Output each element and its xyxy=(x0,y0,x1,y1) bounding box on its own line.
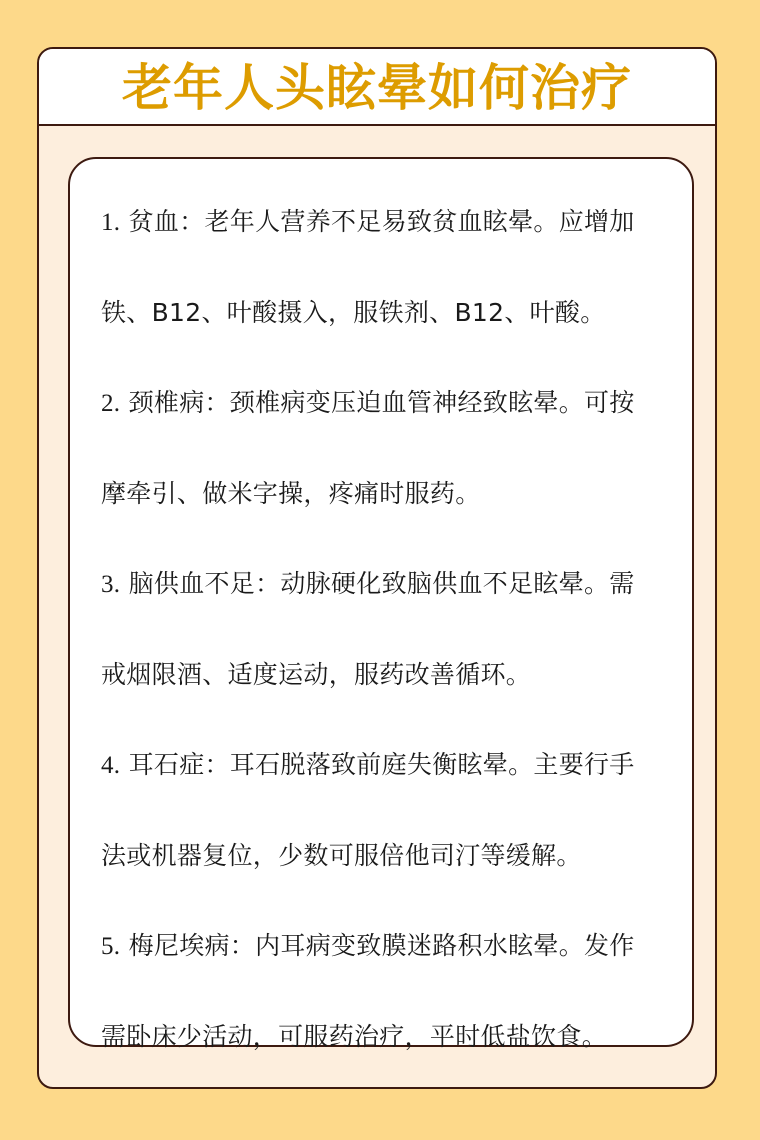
list-item-cerebral-ischemia: 3. 脑供血不足：动脉硬化致脑供血不足眩晕。需 戒烟限酒、适度运动，服药改善循环… xyxy=(101,539,668,720)
list-item-menieres-disease: 5. 梅尼埃病：内耳病变致膜迷路积水眩晕。发作 需卧床少活动，可服药治疗，平时低… xyxy=(101,901,668,1082)
item-line-1: 4. 耳石症：耳石脱落致前庭失衡眩晕。主要行手 xyxy=(101,720,668,811)
item-line-2: 摩牵引、做米字操，疼痛时服药。 xyxy=(101,449,668,539)
item-line-2: 戒烟限酒、适度运动，服药改善循环。 xyxy=(101,630,668,720)
list-item-cervical-spondylosis: 2. 颈椎病：颈椎病变压迫血管神经致眩晕。可按 摩牵引、做米字操，疼痛时服药。 xyxy=(101,358,668,539)
item-line-2: 铁、B12、叶酸摄入，服铁剂、B12、叶酸。 xyxy=(101,268,668,358)
item-number: 1. xyxy=(101,209,120,236)
item-number: 5. xyxy=(101,933,120,960)
item-text: 梅尼埃病：内耳病变致膜迷路积水眩晕。发作 xyxy=(129,931,635,960)
item-number: 4. xyxy=(101,752,120,779)
item-line-2: 需卧床少活动，可服药治疗，平时低盐饮食。 xyxy=(101,992,668,1082)
page-title: 老年人头眩晕如何治疗 xyxy=(122,63,632,113)
item-text: 贫血：老年人营养不足易致贫血眩晕。应增加 xyxy=(129,207,635,236)
item-text: 耳石症：耳石脱落致前庭失衡眩晕。主要行手 xyxy=(129,750,635,779)
item-line-1: 3. 脑供血不足：动脉硬化致脑供血不足眩晕。需 xyxy=(101,539,668,630)
item-number: 2. xyxy=(101,390,120,417)
item-text: 颈椎病：颈椎病变压迫血管神经致眩晕。可按 xyxy=(129,388,635,417)
title-header: 老年人头眩晕如何治疗 xyxy=(39,49,715,126)
item-line-1: 5. 梅尼埃病：内耳病变致膜迷路积水眩晕。发作 xyxy=(101,901,668,992)
content-panel: 1. 贫血：老年人营养不足易致贫血眩晕。应增加 铁、B12、叶酸摄入，服铁剂、B… xyxy=(68,157,694,1047)
list-item-anemia: 1. 贫血：老年人营养不足易致贫血眩晕。应增加 铁、B12、叶酸摄入，服铁剂、B… xyxy=(101,177,668,358)
item-line-2: 法或机器复位，少数可服倍他司汀等缓解。 xyxy=(101,811,668,901)
item-line-1: 2. 颈椎病：颈椎病变压迫血管神经致眩晕。可按 xyxy=(101,358,668,449)
item-number: 3. xyxy=(101,571,120,598)
item-line-1: 1. 贫血：老年人营养不足易致贫血眩晕。应增加 xyxy=(101,177,668,268)
article-card: 老年人头眩晕如何治疗 1. 贫血：老年人营养不足易致贫血眩晕。应增加 铁、B12… xyxy=(37,47,717,1089)
item-text: 脑供血不足：动脉硬化致脑供血不足眩晕。需 xyxy=(129,569,635,598)
list-item-otolithiasis: 4. 耳石症：耳石脱落致前庭失衡眩晕。主要行手 法或机器复位，少数可服倍他司汀等… xyxy=(101,720,668,901)
